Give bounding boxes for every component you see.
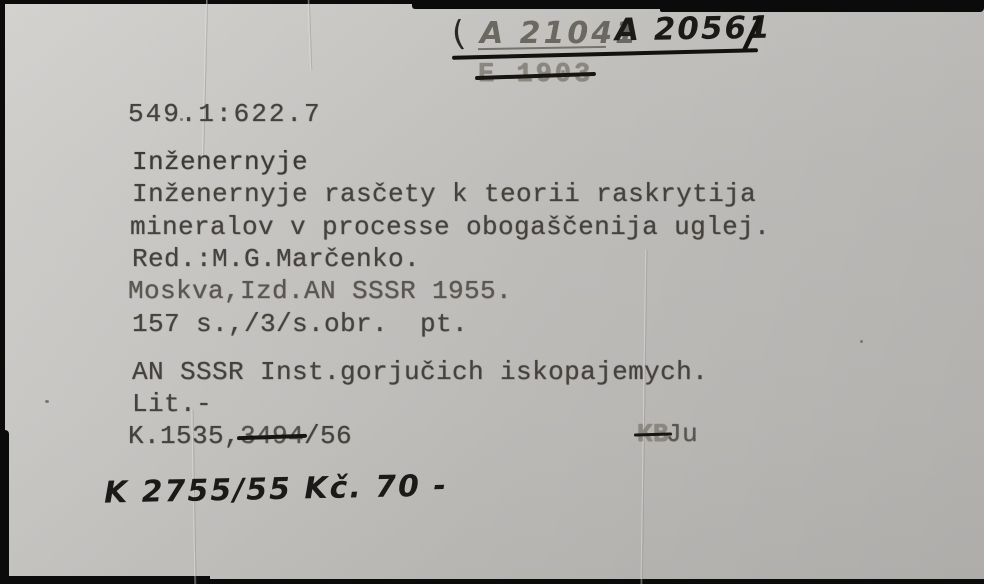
classification-number: 549.1:622.7 — [128, 98, 322, 130]
paper-speck — [860, 340, 863, 343]
title-line-2: mineralov v processe obogaščenija uglej. — [130, 211, 770, 243]
literature-note: Lit.- — [132, 388, 212, 420]
collation-line: 157 s.,/3/s.obr. pt. — [132, 308, 468, 340]
handwritten-price: K 2755/55 Kč. 70 - — [104, 468, 449, 510]
imprint-line: Moskva,Izd.AN SSSR 1955. — [128, 275, 512, 307]
crossed-out-old-number: E 1903 — [478, 59, 593, 91]
corporate-body-line: AN SSSR Inst.gorjučich iskopajemych. — [132, 356, 708, 388]
heading-entry: Inženernyje — [132, 146, 308, 178]
paper-crease — [308, 0, 312, 70]
title-line-1: Inženernyje rasčety k teorii raskrytija — [132, 178, 756, 210]
cataloguer-initials: Ju — [666, 418, 698, 450]
paper-speck — [45, 400, 49, 403]
shelf-number-suffix: /56 — [304, 421, 352, 451]
scan-edge-bottom-left — [0, 576, 210, 584]
catalog-card-scan: ( A 21041 A 20561 / E 1903 549.1:622.7 I… — [0, 0, 984, 584]
scan-edge-left-lower — [0, 430, 9, 584]
paper-crease — [202, 0, 208, 160]
shelf-number-prefix: K.1535, — [128, 421, 240, 451]
paper-crease — [641, 250, 648, 584]
struck-kb-mark: KB — [637, 418, 669, 450]
accession-open-paren: ( — [450, 13, 467, 54]
shelf-number-line: K.1535,3494/56 — [128, 420, 352, 452]
editor-line: Red.:M.G.Marčenko. — [132, 243, 420, 275]
shelf-number-struck: 3494 — [240, 420, 304, 452]
